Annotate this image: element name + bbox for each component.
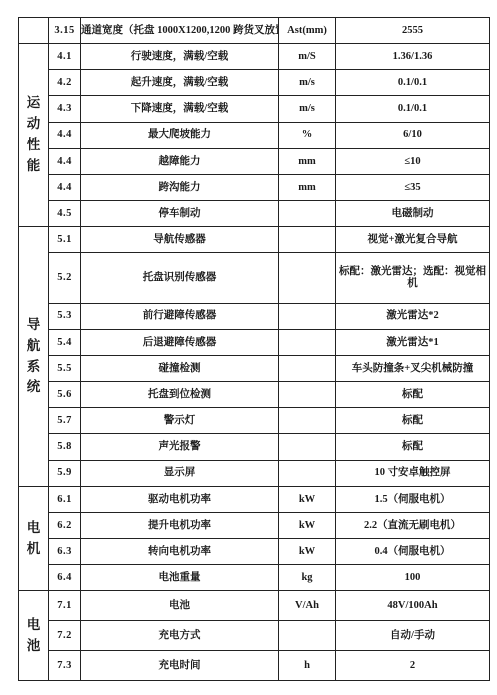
table-row: 运动性能4.1行驶速度，满载/空载m/S1.36/1.36	[19, 44, 490, 70]
unit-cell: m/s	[279, 70, 336, 96]
category-cell: 电池	[19, 591, 49, 681]
table-row: 4.4跨沟能力mm≤35	[19, 174, 490, 200]
table-row: 电池7.1电池V/Ah48V/100Ah	[19, 591, 490, 621]
row-number-cell: 4.4	[49, 148, 81, 174]
spec-name-cell: 后退避障传感器	[81, 329, 279, 355]
unit-cell	[279, 621, 336, 651]
spec-name-cell: 通道宽度（托盘 1000X1200,1200 跨货叉放置）	[81, 18, 279, 44]
spec-name-cell: 托盘到位检测	[81, 382, 279, 408]
value-cell: 激光雷达*2	[336, 303, 490, 329]
row-number-cell: 6.2	[49, 512, 81, 538]
row-number-cell: 5.4	[49, 329, 81, 355]
row-number-cell: 4.4	[49, 174, 81, 200]
table-row: 4.2起升速度，满载/空载m/s0.1/0.1	[19, 70, 490, 96]
spec-name-cell: 跨沟能力	[81, 174, 279, 200]
value-cell: 标配	[336, 408, 490, 434]
unit-cell: kW	[279, 486, 336, 512]
category-label: 运动性能	[27, 93, 41, 177]
row-number-cell: 7.1	[49, 591, 81, 621]
table-row: 4.4最大爬坡能力%6/10	[19, 122, 490, 148]
category-cell: 导航系统	[19, 227, 49, 487]
value-cell: 车头防撞条+叉尖机械防撞	[336, 355, 490, 381]
unit-cell	[279, 408, 336, 434]
table-row: 4.4越障能力mm≤10	[19, 148, 490, 174]
row-number-cell: 5.6	[49, 382, 81, 408]
row-number-cell: 5.2	[49, 253, 81, 303]
value-cell: 视觉+激光复合导航	[336, 227, 490, 253]
spec-name-cell: 转向电机功率	[81, 539, 279, 565]
row-number-cell: 4.2	[49, 70, 81, 96]
spec-name-cell: 声光报警	[81, 434, 279, 460]
unit-cell: V/Ah	[279, 591, 336, 621]
table-row: 5.4后退避障传感器激光雷达*1	[19, 329, 490, 355]
unit-cell	[279, 434, 336, 460]
value-cell: 10 寸安卓触控屏	[336, 460, 490, 486]
row-number-cell: 5.8	[49, 434, 81, 460]
table-row: 5.8声光报警标配	[19, 434, 490, 460]
table-row: 5.7警示灯标配	[19, 408, 490, 434]
value-cell: 1.5（伺服电机）	[336, 486, 490, 512]
spec-name-cell: 电池重量	[81, 565, 279, 591]
table-row: 5.9显示屏10 寸安卓触控屏	[19, 460, 490, 486]
unit-cell	[279, 329, 336, 355]
unit-cell	[279, 253, 336, 303]
spec-name-cell: 越障能力	[81, 148, 279, 174]
table-row: 5.5碰撞检测车头防撞条+叉尖机械防撞	[19, 355, 490, 381]
unit-cell: m/S	[279, 44, 336, 70]
value-cell: 48V/100Ah	[336, 591, 490, 621]
unit-cell	[279, 201, 336, 227]
category-label: 电机	[27, 518, 41, 560]
row-number-cell: 5.1	[49, 227, 81, 253]
category-cell	[19, 18, 49, 44]
table-row: 4.5停车制动电磁制动	[19, 201, 490, 227]
value-cell: 标配	[336, 382, 490, 408]
spec-name-cell: 驱动电机功率	[81, 486, 279, 512]
unit-cell: kg	[279, 565, 336, 591]
value-cell: 0.4（伺服电机）	[336, 539, 490, 565]
spec-name-cell: 最大爬坡能力	[81, 122, 279, 148]
unit-cell	[279, 227, 336, 253]
spec-name-cell: 充电方式	[81, 621, 279, 651]
table-row: 电机6.1驱动电机功率kW1.5（伺服电机）	[19, 486, 490, 512]
row-number-cell: 5.5	[49, 355, 81, 381]
spec-name-cell: 碰撞检测	[81, 355, 279, 381]
row-number-cell: 3.15	[49, 18, 81, 44]
spec-name-cell: 提升电机功率	[81, 512, 279, 538]
category-cell: 电机	[19, 486, 49, 591]
unit-cell: kW	[279, 539, 336, 565]
row-number-cell: 6.4	[49, 565, 81, 591]
unit-cell: m/s	[279, 96, 336, 122]
value-cell: 0.1/0.1	[336, 96, 490, 122]
row-number-cell: 6.3	[49, 539, 81, 565]
row-number-cell: 5.9	[49, 460, 81, 486]
unit-cell: %	[279, 122, 336, 148]
row-number-cell: 7.3	[49, 650, 81, 680]
unit-cell	[279, 382, 336, 408]
spec-table-body: 3.15通道宽度（托盘 1000X1200,1200 跨货叉放置）Ast(mm)…	[19, 18, 490, 681]
spec-sheet-page: 3.15通道宽度（托盘 1000X1200,1200 跨货叉放置）Ast(mm)…	[0, 0, 497, 695]
row-number-cell: 4.5	[49, 201, 81, 227]
table-row: 导航系统5.1导航传感器视觉+激光复合导航	[19, 227, 490, 253]
table-row: 3.15通道宽度（托盘 1000X1200,1200 跨货叉放置）Ast(mm)…	[19, 18, 490, 44]
unit-cell: Ast(mm)	[279, 18, 336, 44]
value-cell: 自动/手动	[336, 621, 490, 651]
spec-name-cell: 充电时间	[81, 650, 279, 680]
spec-table: 3.15通道宽度（托盘 1000X1200,1200 跨货叉放置）Ast(mm)…	[18, 17, 490, 681]
table-row: 4.3下降速度，满载/空载m/s0.1/0.1	[19, 96, 490, 122]
spec-name-cell: 托盘识别传感器	[81, 253, 279, 303]
value-cell: 2.2（直流无刷电机）	[336, 512, 490, 538]
table-row: 6.2提升电机功率kW2.2（直流无刷电机）	[19, 512, 490, 538]
value-cell: 激光雷达*1	[336, 329, 490, 355]
category-cell: 运动性能	[19, 44, 49, 227]
unit-cell: kW	[279, 512, 336, 538]
unit-cell	[279, 460, 336, 486]
category-label: 电池	[27, 615, 41, 657]
row-number-cell: 4.4	[49, 122, 81, 148]
table-row: 5.2托盘识别传感器标配：激光雷达；选配：视觉相机	[19, 253, 490, 303]
table-row: 5.6托盘到位检测标配	[19, 382, 490, 408]
value-cell: 100	[336, 565, 490, 591]
row-number-cell: 4.1	[49, 44, 81, 70]
spec-name-cell: 前行避障传感器	[81, 303, 279, 329]
value-cell: 2555	[336, 18, 490, 44]
unit-cell: mm	[279, 148, 336, 174]
row-number-cell: 5.3	[49, 303, 81, 329]
value-cell: 电磁制动	[336, 201, 490, 227]
value-cell: 0.1/0.1	[336, 70, 490, 96]
spec-name-cell: 停车制动	[81, 201, 279, 227]
spec-name-cell: 下降速度，满载/空载	[81, 96, 279, 122]
value-cell: 2	[336, 650, 490, 680]
table-row: 5.3前行避障传感器激光雷达*2	[19, 303, 490, 329]
unit-cell	[279, 303, 336, 329]
value-cell: ≤35	[336, 174, 490, 200]
value-cell: 6/10	[336, 122, 490, 148]
table-row: 6.4电池重量kg100	[19, 565, 490, 591]
category-label: 导航系统	[27, 315, 41, 399]
spec-name-cell: 电池	[81, 591, 279, 621]
table-row: 7.2充电方式自动/手动	[19, 621, 490, 651]
spec-name-cell: 警示灯	[81, 408, 279, 434]
value-cell: 标配	[336, 434, 490, 460]
row-number-cell: 6.1	[49, 486, 81, 512]
table-row: 7.3充电时间h2	[19, 650, 490, 680]
spec-name-cell: 显示屏	[81, 460, 279, 486]
unit-cell: mm	[279, 174, 336, 200]
unit-cell	[279, 355, 336, 381]
row-number-cell: 7.2	[49, 621, 81, 651]
value-cell: 1.36/1.36	[336, 44, 490, 70]
value-cell: ≤10	[336, 148, 490, 174]
table-row: 6.3转向电机功率kW0.4（伺服电机）	[19, 539, 490, 565]
spec-name-cell: 行驶速度，满载/空载	[81, 44, 279, 70]
row-number-cell: 4.3	[49, 96, 81, 122]
unit-cell: h	[279, 650, 336, 680]
row-number-cell: 5.7	[49, 408, 81, 434]
spec-name-cell: 起升速度，满载/空载	[81, 70, 279, 96]
spec-name-cell: 导航传感器	[81, 227, 279, 253]
value-cell: 标配：激光雷达；选配：视觉相机	[336, 253, 490, 303]
